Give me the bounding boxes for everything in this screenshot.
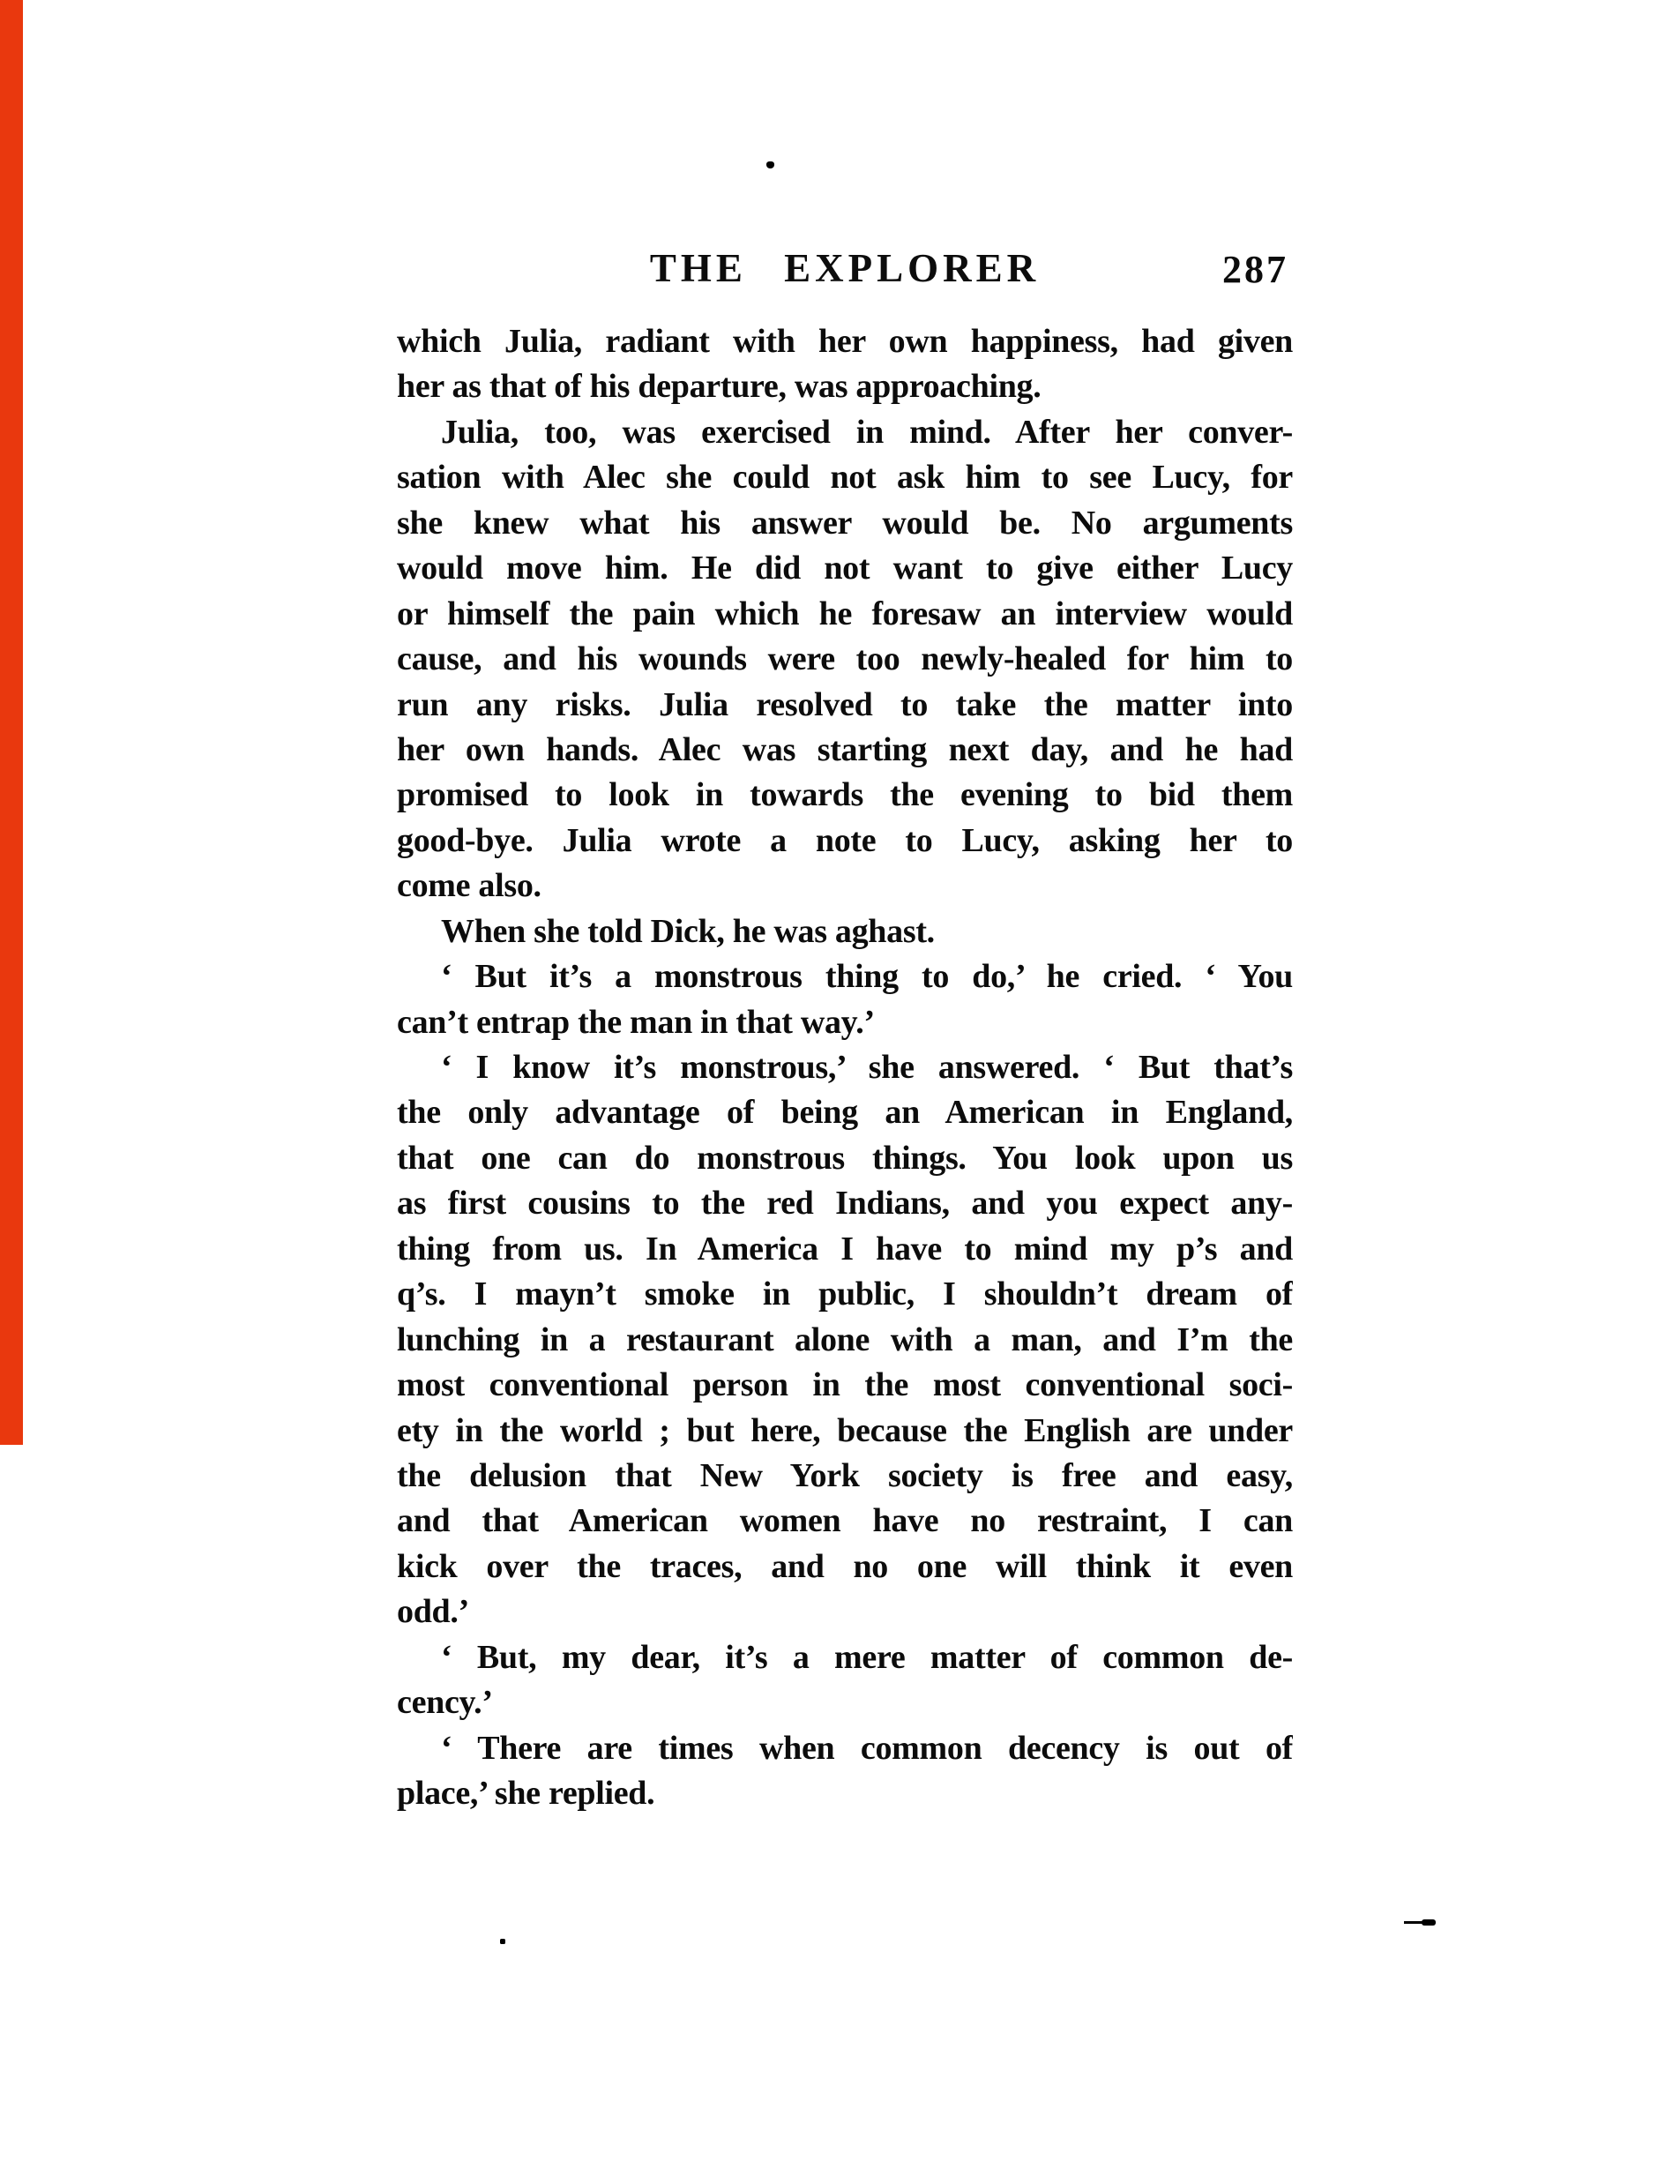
text-line: cency.’ bbox=[397, 1680, 1293, 1725]
text-line: q’s. I mayn’t smoke in public, I shouldn… bbox=[397, 1272, 1293, 1317]
text-line: place,’ she replied. bbox=[397, 1771, 1293, 1816]
text-line: which Julia, radiant with her own happin… bbox=[397, 319, 1293, 364]
text-line: ‘ But, my dear, it’s a mere matter of co… bbox=[397, 1635, 1293, 1680]
text-line: lunching in a restaurant alone with a ma… bbox=[397, 1318, 1293, 1363]
text-line: promised to look in towards the evening … bbox=[397, 773, 1293, 818]
text-line: can’t entrap the man in that way.’ bbox=[397, 1000, 1293, 1045]
text-line: kick over the traces, and no one will th… bbox=[397, 1545, 1293, 1589]
page-number: 287 bbox=[1222, 251, 1288, 289]
text-line: thing from us. In America I have to mind… bbox=[397, 1227, 1293, 1272]
text-line: and that American women have no restrain… bbox=[397, 1499, 1293, 1544]
text-line: cause, and his wounds were too newly-hea… bbox=[397, 637, 1293, 682]
book-edge-stripe bbox=[0, 0, 23, 1445]
text-line: the delusion that New York society is fr… bbox=[397, 1454, 1293, 1499]
text-line: her as that of his departure, was approa… bbox=[397, 364, 1293, 409]
text-line: ‘ But it’s a monstrous thing to do,’ he … bbox=[397, 954, 1293, 999]
text-line: Julia, too, was exercised in mind. After… bbox=[397, 410, 1293, 455]
text-line: as first cousins to the red Indians, and… bbox=[397, 1181, 1293, 1226]
text-line: sation with Alec she could not ask him t… bbox=[397, 455, 1293, 500]
ink-speck-bottom bbox=[500, 1939, 505, 1944]
header-title: THE EXPLORER bbox=[397, 249, 1293, 288]
text-line: would move him. He did not want to give … bbox=[397, 546, 1293, 591]
text-line: ety in the world ; but here, because the… bbox=[397, 1409, 1293, 1454]
scan-dash-line bbox=[1404, 1921, 1423, 1924]
text-line: that one can do monstrous things. You lo… bbox=[397, 1136, 1293, 1181]
text-line: come also. bbox=[397, 864, 1293, 909]
text-line: good-bye. Julia wrote a note to Lucy, as… bbox=[397, 819, 1293, 864]
text-line: most conventional person in the most con… bbox=[397, 1363, 1293, 1408]
text-block: which Julia, radiant with her own happin… bbox=[397, 319, 1293, 1816]
text-line: ‘ I know it’s monstrous,’ she answered. … bbox=[397, 1045, 1293, 1090]
text-line: When she told Dick, he was aghast. bbox=[397, 909, 1293, 954]
text-line: or himself the pain which he foresaw an … bbox=[397, 592, 1293, 637]
scan-dash-blob bbox=[1422, 1919, 1436, 1926]
text-line: her own hands. Alec was starting next da… bbox=[397, 728, 1293, 773]
running-header: THE EXPLORER 287 bbox=[397, 249, 1293, 295]
ink-speck-top bbox=[766, 161, 774, 168]
text-line: she knew what his answer would be. No ar… bbox=[397, 501, 1293, 546]
text-line: the only advantage of being an American … bbox=[397, 1090, 1293, 1135]
text-line: odd.’ bbox=[397, 1589, 1293, 1634]
scan-dash bbox=[1404, 1918, 1436, 1926]
page: THE EXPLORER 287 which Julia, radiant wi… bbox=[0, 0, 1680, 2184]
text-line: ‘ There are times when common decency is… bbox=[397, 1726, 1293, 1771]
text-line: run any risks. Julia resolved to take th… bbox=[397, 683, 1293, 728]
